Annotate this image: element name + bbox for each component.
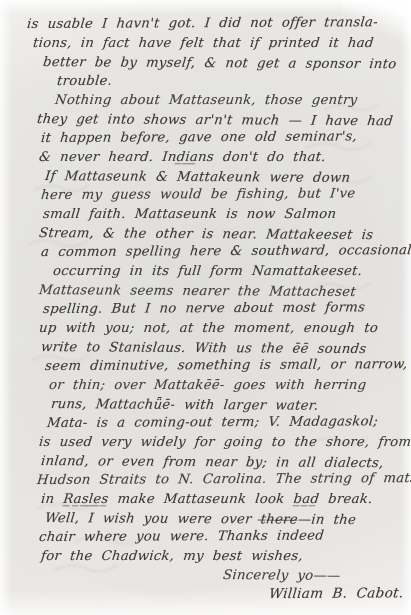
letter-line: it happen before, gave one old seminar's… <box>40 127 401 148</box>
letter-line: Hudson Straits to N. Carolina. The strin… <box>36 469 401 490</box>
letter-line: seem diminutive, something is small, or … <box>44 355 401 376</box>
paper-edge-left <box>0 0 12 615</box>
letter-line: up with you; not, at the moment, enough … <box>38 319 401 338</box>
letter-line: for the Chadwick, my best wishes, <box>40 547 401 566</box>
letter-line: tions, in fact have felt that if printed… <box>32 34 401 53</box>
letter-closing: Sincerely yo—— <box>222 566 401 586</box>
letter-line: occurring in its full form Namattakeeset… <box>52 262 401 281</box>
letter-line: small faith. Mattaseunk is now Salmon <box>42 205 401 224</box>
letter-line: chair where you were. Thanks indeed <box>38 526 401 547</box>
letter-line: & never heard. Ind̲i̲a̲ns don't do that. <box>38 148 401 167</box>
letter-line: is used very widely for going to the sho… <box>38 433 401 452</box>
letter-line: or thin; over Mattakēē- goes with herrin… <box>48 376 401 395</box>
letter-line: is usable I havn't got. I did not offer … <box>26 13 401 34</box>
letter-signature: William B. Cabot. <box>268 584 401 604</box>
paper-edge-right <box>401 0 411 615</box>
letter-line: Nothing about Mattaseunk, those gentry <box>54 91 401 110</box>
letter-line: Mata- is a coming-out term; V. Madagasko… <box>46 412 401 433</box>
letter-line: trouble. <box>56 70 401 91</box>
letter-line: a common spelling here & southward, occa… <box>40 241 401 262</box>
letter-line: in R̲a̲s̲l̲e̲s̲ make Mattaseunk look b̲a… <box>40 490 401 509</box>
letter-page: is usable I havn't got. I did not offer … <box>0 0 411 615</box>
letter-line: here my guess would be fishing, but I've <box>40 184 401 205</box>
letter-body: is usable I havn't got. I did not offer … <box>27 15 400 609</box>
letter-line: spelling. But I no nerve about most form… <box>42 298 401 319</box>
